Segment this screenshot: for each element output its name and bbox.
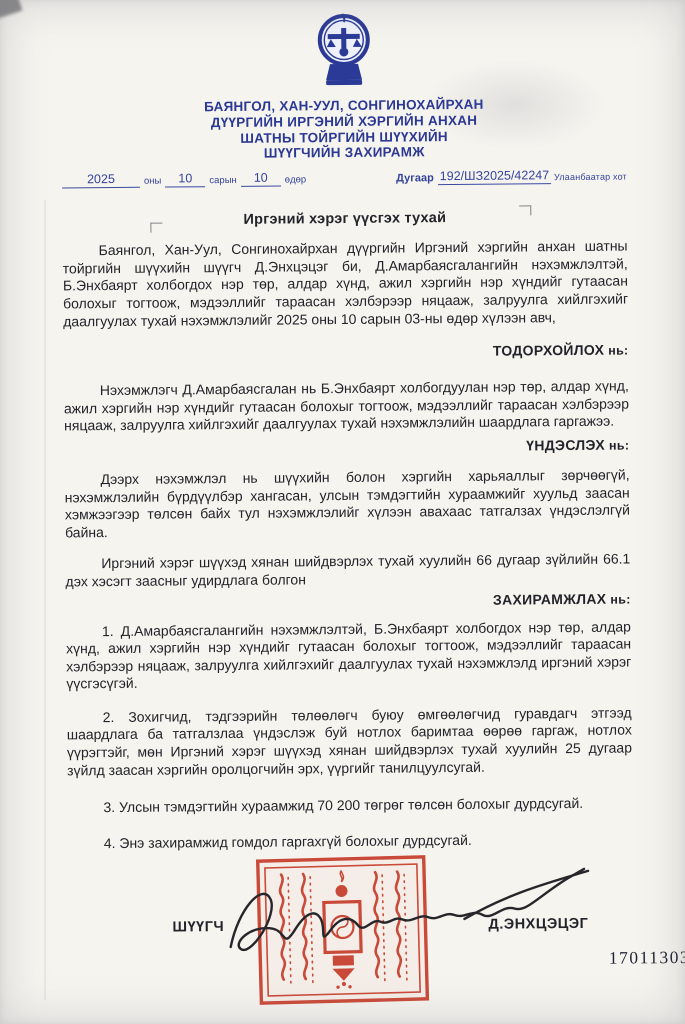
order-item-4: 4. Энэ захирамжид гомдол гаргахгүй болох… — [68, 830, 633, 853]
heading-caps: ТОДОРХОЙЛОХ — [493, 342, 604, 359]
court-emblem-icon — [312, 12, 375, 89]
court-name: БАЯНГОЛ, ХАН-УУЛ, СОНГИНОХАЙРХАН ДҮҮРГИЙ… — [61, 96, 627, 164]
month-value: 10 — [165, 171, 205, 187]
number-label: Дугаар — [396, 172, 434, 185]
section-heading-basis: ҮНДЭСЛЭХнь: — [64, 436, 629, 457]
intro-paragraph: Баянгол, Хан-Уул, Сонгинохайрхан дүүргий… — [63, 238, 629, 331]
basis-paragraph-2: Иргэний хэрэг шүүхэд хянан шийдвэрлэх ту… — [65, 551, 630, 591]
id-number: 17011303 — [609, 947, 685, 969]
judge-name: Д.ЭНХЦЭЦЭГ — [488, 916, 588, 933]
heading-suffix: нь: — [608, 344, 628, 358]
signature-block: ШҮҮГЧ — [68, 852, 634, 1007]
document-body: БАЯНГОЛ, ХАН-УУЛ, СОНГИНОХАЙРХАН ДҮҮРГИЙ… — [0, 0, 685, 1024]
date-line: 2025 оны 10 сарын 10 өдөр Дугаар 192/ШЗ2… — [62, 168, 627, 189]
heading-suffix: нь: — [609, 438, 629, 452]
crop-mark-right-icon — [519, 206, 531, 216]
year-value: 2025 — [62, 172, 140, 189]
city-label: Улаанбаатар хот — [554, 172, 627, 185]
section-heading-order: ЗАХИРАМЖЛАХнь: — [66, 590, 631, 611]
day-value: 10 — [241, 171, 281, 187]
title-row: Иргэний хэрэг үүсгэх тухай — [62, 208, 627, 231]
heading-caps: ҮНДЭСЛЭХ — [526, 437, 605, 454]
order-item-2: 2. Зохигчид, тэдгээрийн төлөөлөгч буюу ө… — [67, 704, 633, 779]
document-title: Иргэний хэрэг үүсгэх тухай — [243, 210, 446, 228]
month-label: сарын — [205, 175, 241, 187]
define-paragraph: Нэхэмжлэгч Д.Амарбаясгалан нь Б.Энхбаярт… — [64, 378, 629, 436]
order-item-3: 3. Улсын тэмдэгтийн хураамжид 70 200 төг… — [67, 795, 632, 818]
order-item-1: 1. Д.Амарбаясгалангийн нэхэмжлэлтэй, Б.Э… — [66, 618, 632, 693]
order-number: 192/ШЗ2025/42247 — [438, 168, 552, 185]
day-label: өдөр — [281, 174, 311, 186]
heading-suffix: нь: — [610, 592, 630, 606]
basis-paragraph-1: Дээрх нэхэмжлэл нь шүүхийн болон хэргийн… — [65, 466, 631, 541]
crop-mark-left-icon — [150, 223, 162, 233]
section-heading-define: ТОДОРХОЙЛОХнь: — [63, 342, 628, 363]
heading-caps: ЗАХИРАМЖЛАХ — [493, 590, 607, 607]
header-emblem-wrap — [61, 10, 627, 96]
year-label: оны — [140, 176, 165, 188]
scanned-court-order-page: БАЯНГОЛ, ХАН-УУЛ, СОНГИНОХАЙРХАН ДҮҮРГИЙ… — [0, 0, 685, 1024]
